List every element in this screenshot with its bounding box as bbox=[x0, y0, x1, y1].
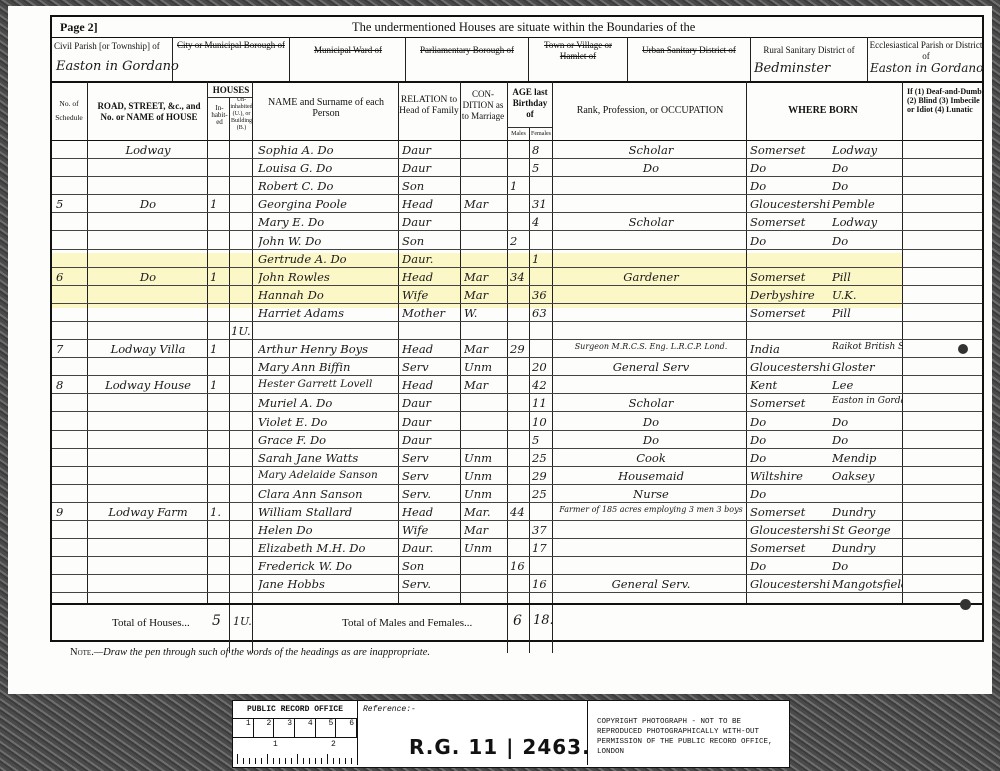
marital-condition: Mar bbox=[464, 197, 506, 211]
town-village-label: Town or Village or Hamlet of bbox=[530, 40, 626, 62]
person-name: Arthur Henry Boys bbox=[258, 342, 398, 356]
relation: Serv bbox=[402, 451, 460, 465]
road-name: Lodway Villa bbox=[90, 342, 206, 356]
birth-county: Kent bbox=[750, 378, 830, 392]
ruler-tick bbox=[303, 758, 304, 764]
table-row: Sarah Jane WattsServUnm25CookDoMendip bbox=[52, 449, 982, 467]
age-male: 16 bbox=[510, 559, 528, 573]
municipal-ward-label: Municipal Ward of bbox=[292, 45, 404, 56]
urban-sanitary-label: Urban Sanitary District of bbox=[629, 45, 749, 56]
occupation: Farmer of 185 acres employing 3 men 3 bo… bbox=[556, 505, 746, 514]
person-name: John W. Do bbox=[258, 234, 398, 248]
table-row: Mary Ann BiffinServUnm20General ServGlou… bbox=[52, 358, 982, 376]
age-female: 4 bbox=[532, 215, 552, 229]
note-text: —Draw the pen through such of the words … bbox=[94, 647, 430, 658]
relation: Son bbox=[402, 234, 460, 248]
relation: Wife bbox=[402, 288, 460, 302]
birth-place: Gloster bbox=[832, 360, 902, 374]
relation: Daur. bbox=[402, 541, 460, 555]
age-female: 1 bbox=[532, 252, 552, 266]
birth-county: Do bbox=[750, 415, 830, 429]
relation: Head bbox=[402, 505, 460, 519]
road-name: Lodway Farm bbox=[90, 505, 206, 519]
age-male: 34 bbox=[510, 270, 528, 284]
ruler-label: 2 bbox=[331, 740, 336, 749]
person-name: Hester Garrett Lovell bbox=[258, 378, 398, 390]
ruler-tick bbox=[243, 758, 244, 764]
person-name: Elizabeth M.H. Do bbox=[258, 541, 398, 555]
ruler-tick bbox=[297, 754, 298, 764]
age-female: 16 bbox=[532, 577, 552, 591]
table-row: Robert C. DoSon1DoDo bbox=[52, 177, 982, 195]
relation: Daur bbox=[402, 161, 460, 175]
ruler-tick bbox=[309, 758, 310, 764]
person-name: Muriel A. Do bbox=[258, 396, 398, 410]
table-row: 1U. bbox=[52, 322, 982, 340]
ruler-tick bbox=[291, 758, 292, 764]
table-row: Clara Ann SansonServ.Unm25NurseDo bbox=[52, 485, 982, 503]
age-male: 29 bbox=[510, 342, 528, 356]
age-female: 42 bbox=[532, 378, 552, 392]
birth-place: Do bbox=[832, 234, 902, 248]
col-houses: HOUSES bbox=[210, 85, 252, 96]
table-row: Mary Adelaide SansonServUnm29HousemaidWi… bbox=[52, 467, 982, 485]
occupation: Scholar bbox=[556, 215, 746, 229]
ruler-top: 123456 bbox=[233, 719, 357, 737]
table-row: Harriet AdamsMotherW.63SomersetPill bbox=[52, 304, 982, 322]
birth-county: Wiltshire bbox=[750, 469, 830, 483]
relation: Head bbox=[402, 270, 460, 284]
marital-condition: Unm bbox=[464, 541, 506, 555]
table-row: Mary E. DoDaur4ScholarSomersetLodway bbox=[52, 213, 982, 231]
person-name: Robert C. Do bbox=[258, 179, 398, 193]
birth-county: Somerset bbox=[750, 215, 830, 229]
occupation: Housemaid bbox=[556, 469, 746, 483]
birth-place: Lee bbox=[832, 378, 902, 392]
person-name: Frederick W. Do bbox=[258, 559, 398, 573]
ruler-tick bbox=[237, 754, 238, 764]
occupation: Do bbox=[556, 415, 746, 429]
table-row: Helen DoWifeMar37GloucestershireSt Georg… bbox=[52, 521, 982, 539]
col-condition: CON-DITION as to Marriage bbox=[460, 89, 506, 122]
table-row: 5Do1Georgina PooleHeadMar31Gloucestershi… bbox=[52, 195, 982, 213]
age-female: 36 bbox=[532, 288, 552, 302]
table-row: Gertrude A. DoDaur.1 bbox=[52, 250, 982, 268]
person-name: William Stallard bbox=[258, 505, 398, 519]
schedule-number: 6 bbox=[56, 270, 86, 284]
birth-place: Mangotsfield bbox=[832, 577, 902, 591]
note-prefix: Note. bbox=[70, 647, 94, 658]
relation: Daur bbox=[402, 415, 460, 429]
ruler-tick bbox=[321, 758, 322, 764]
occupation: Scholar bbox=[556, 396, 746, 410]
ruler-panel: PUBLIC RECORD OFFICE 123456 12 bbox=[233, 701, 358, 765]
person-name: Harriet Adams bbox=[258, 306, 398, 320]
occupation: Surgeon M.R.C.S. Eng. L.R.C.P. Lond. bbox=[556, 342, 746, 351]
birth-county: Somerset bbox=[750, 396, 830, 410]
relation: Wife bbox=[402, 523, 460, 537]
ruler-tick bbox=[279, 758, 280, 764]
table-row: Violet E. DoDaur10DoDoDo bbox=[52, 413, 982, 431]
person-name: John Rowles bbox=[258, 270, 398, 284]
ruler-mark: 3 bbox=[274, 719, 295, 737]
ruler-bottom: 12 bbox=[233, 738, 357, 764]
relation: Daur bbox=[402, 215, 460, 229]
person-name: Mary Ann Biffin bbox=[258, 360, 398, 374]
person-name: Hannah Do bbox=[258, 288, 398, 302]
ruler-tick bbox=[339, 758, 340, 764]
ruler-mark: 5 bbox=[316, 719, 337, 737]
ink-blot bbox=[960, 599, 971, 610]
birth-county: India bbox=[750, 342, 830, 356]
marital-condition: W. bbox=[464, 306, 506, 320]
age-female: 17 bbox=[532, 541, 552, 555]
birth-place: Lodway bbox=[832, 215, 902, 229]
relation: Head bbox=[402, 342, 460, 356]
inhabited-count: 1 bbox=[210, 270, 228, 284]
birth-place: Dundry bbox=[832, 505, 902, 519]
ruler-tick bbox=[255, 758, 256, 764]
census-form: Page 2] The undermentioned Houses are si… bbox=[50, 15, 984, 642]
civil-parish-value: Easton in Gordano bbox=[56, 59, 179, 74]
birth-county: Do bbox=[750, 487, 830, 501]
table-row: 7Lodway Villa1Arthur Henry BoysHeadMar29… bbox=[52, 340, 982, 358]
reference-value: R.G. 11 | 2463. bbox=[409, 735, 591, 759]
person-name: Jane Hobbs bbox=[258, 577, 398, 591]
relation: Serv. bbox=[402, 577, 460, 591]
birth-county: Gloucestershire bbox=[750, 360, 830, 374]
age-female: 11 bbox=[532, 396, 552, 410]
page-title: The undermentioned Houses are situate wi… bbox=[352, 20, 695, 35]
page-label: Page 2] bbox=[60, 20, 98, 35]
relation: Serv bbox=[402, 469, 460, 483]
relation: Head bbox=[402, 378, 460, 392]
relation: Head bbox=[402, 197, 460, 211]
birth-county: Somerset bbox=[750, 505, 830, 519]
age-female: 25 bbox=[532, 487, 552, 501]
age-female: 20 bbox=[532, 360, 552, 374]
birth-county: Derbyshire bbox=[750, 288, 830, 302]
inhabited-count: 1. bbox=[210, 505, 228, 519]
age-female: 37 bbox=[532, 523, 552, 537]
road-name: Do bbox=[90, 197, 206, 211]
road-name: Lodway House bbox=[90, 378, 206, 392]
birth-county: Do bbox=[750, 179, 830, 193]
ruler-tick bbox=[267, 754, 268, 764]
birth-place: Pill bbox=[832, 306, 902, 320]
birth-place: Raikot British Subject bbox=[832, 342, 902, 352]
relation: Daur bbox=[402, 143, 460, 157]
birth-county: Do bbox=[750, 161, 830, 175]
person-name: Sophia A. Do bbox=[258, 143, 398, 157]
ecclesiastical-parish-value: Easton in Gordano bbox=[870, 61, 983, 75]
total-females: 18. bbox=[533, 613, 554, 628]
marital-condition: Mar bbox=[464, 342, 506, 356]
table-row: Frederick W. DoSon16DoDo bbox=[52, 557, 982, 575]
birth-place: Dundry bbox=[832, 541, 902, 555]
person-name: Mary E. Do bbox=[258, 215, 398, 229]
birth-place: Do bbox=[832, 161, 902, 175]
marital-condition: Mar. bbox=[464, 505, 506, 519]
schedule-number: 9 bbox=[56, 505, 86, 519]
birth-county: Gloucestershire bbox=[750, 197, 830, 211]
office-name: PUBLIC RECORD OFFICE bbox=[233, 705, 357, 714]
table-row: LodwaySophia A. DoDaur8ScholarSomersetLo… bbox=[52, 141, 982, 159]
col-occupation: Rank, Profession, or OCCUPATION bbox=[554, 105, 746, 116]
birth-place: Do bbox=[832, 415, 902, 429]
marital-condition: Mar bbox=[464, 288, 506, 302]
road-name: Lodway bbox=[90, 143, 206, 157]
relation: Serv. bbox=[402, 487, 460, 501]
relation: Daur bbox=[402, 396, 460, 410]
ruler-tick bbox=[351, 758, 352, 764]
birth-place: U.K. bbox=[832, 288, 902, 302]
birth-place: Pemble bbox=[832, 197, 902, 211]
birth-county: Gloucestershire bbox=[750, 523, 830, 537]
ruler-tick bbox=[315, 758, 316, 764]
relation: Serv bbox=[402, 360, 460, 374]
col-females: Females bbox=[530, 131, 552, 138]
ruler-tick bbox=[345, 758, 346, 764]
birth-place: St George bbox=[832, 523, 902, 537]
rural-sanitary-value: Bedminster bbox=[754, 61, 830, 76]
person-name: Sarah Jane Watts bbox=[258, 451, 398, 465]
age-female: 5 bbox=[532, 161, 552, 175]
table-row: Grace F. DoDaur5DoDoDo bbox=[52, 431, 982, 449]
occupation: General Serv. bbox=[556, 577, 746, 591]
city-borough-label: City or Municipal Borough of bbox=[174, 40, 288, 51]
birth-place: Mendip bbox=[832, 451, 902, 465]
col-uninhabited: Un-inhabited (U.), or Building (B.) bbox=[230, 97, 253, 132]
birth-place: Do bbox=[832, 559, 902, 573]
total-houses-label: Total of Houses... bbox=[112, 617, 190, 629]
birth-county: Somerset bbox=[750, 541, 830, 555]
table-row: 8Lodway House1Hester Garrett LovellHeadM… bbox=[52, 376, 982, 394]
birth-county: Somerset bbox=[750, 306, 830, 320]
occupation: Cook bbox=[556, 451, 746, 465]
age-female: 31 bbox=[532, 197, 552, 211]
birth-place: Pill bbox=[832, 270, 902, 284]
col-schedule: No. of Schedule bbox=[54, 97, 84, 125]
age-male: 1 bbox=[510, 179, 528, 193]
inhabited-count: 1 bbox=[210, 342, 228, 356]
table-row: Hannah DoWifeMar36DerbyshireU.K. bbox=[52, 286, 982, 304]
person-name: Grace F. Do bbox=[258, 433, 398, 447]
ruler-mark: 2 bbox=[254, 719, 275, 737]
occupation: Do bbox=[556, 161, 746, 175]
occupation: Gardener bbox=[556, 270, 746, 284]
person-name: Helen Do bbox=[258, 523, 398, 537]
person-name: Louisa G. Do bbox=[258, 161, 398, 175]
table-row: Louisa G. DoDaur5DoDoDo bbox=[52, 159, 982, 177]
col-relation: RELATION to Head of Family bbox=[398, 95, 460, 117]
birth-place: Oaksey bbox=[832, 469, 902, 483]
age-female: 29 bbox=[532, 469, 552, 483]
marital-condition: Mar bbox=[464, 523, 506, 537]
occupation: General Serv bbox=[556, 360, 746, 374]
relation: Daur bbox=[402, 433, 460, 447]
age-female: 25 bbox=[532, 451, 552, 465]
rural-sanitary-label: Rural Sanitary District of bbox=[752, 45, 866, 56]
marital-condition: Unm bbox=[464, 487, 506, 501]
occupation: Scholar bbox=[556, 143, 746, 157]
copyright-notice: COPYRIGHT PHOTOGRAPH - NOT TO BE REPRODU… bbox=[597, 717, 781, 757]
parliamentary-borough-label: Parliamentary Borough of bbox=[408, 45, 526, 56]
marital-condition: Unm bbox=[464, 469, 506, 483]
person-name: Clara Ann Sanson bbox=[258, 487, 398, 501]
ruler-mark: 1 bbox=[233, 719, 254, 737]
schedule-number: 7 bbox=[56, 342, 86, 356]
age-female: 63 bbox=[532, 306, 552, 320]
schedule-number: 8 bbox=[56, 378, 86, 392]
birth-county: Gloucestershire bbox=[750, 577, 830, 591]
ruler-mark: 6 bbox=[336, 719, 357, 737]
age-female: 10 bbox=[532, 415, 552, 429]
table-row: Muriel A. DoDaur11ScholarSomersetEaston … bbox=[52, 394, 982, 412]
relation: Daur. bbox=[402, 252, 460, 266]
relation: Son bbox=[402, 559, 460, 573]
note: Note.—Draw the pen through such of the w… bbox=[70, 647, 430, 658]
birth-place: Do bbox=[832, 179, 902, 193]
marital-condition: Mar bbox=[464, 270, 506, 284]
ruler-tick bbox=[357, 754, 358, 764]
age-female: 8 bbox=[532, 143, 552, 157]
col-name: NAME and Surname of each Person bbox=[256, 97, 396, 119]
ruler-mark: 4 bbox=[295, 719, 316, 737]
marital-condition: Unm bbox=[464, 360, 506, 374]
col-infirmity: If (1) Deaf-and-Dumb (2) Blind (3) Imbec… bbox=[907, 87, 985, 114]
uninhabited-mark: 1U. bbox=[231, 324, 251, 338]
table-row: Jane HobbsServ.16General Serv.Gloucester… bbox=[52, 575, 982, 593]
col-males: Males bbox=[508, 131, 529, 138]
ruler-tick bbox=[261, 758, 262, 764]
birth-place: Easton in Gordano bbox=[832, 396, 902, 406]
birth-place: Do bbox=[832, 433, 902, 447]
total-males: 6 bbox=[513, 613, 522, 629]
schedule-number: 5 bbox=[56, 197, 86, 211]
marital-condition: Unm bbox=[464, 451, 506, 465]
age-male: 2 bbox=[510, 234, 528, 248]
ruler-tick bbox=[273, 758, 274, 764]
census-page: Page 2] The undermentioned Houses are si… bbox=[8, 6, 992, 694]
relation: Son bbox=[402, 179, 460, 193]
birth-county: Do bbox=[750, 559, 830, 573]
occupation: Nurse bbox=[556, 487, 746, 501]
col-road: ROAD, STREET, &c., and No. or NAME of HO… bbox=[90, 101, 208, 123]
birth-county: Do bbox=[750, 451, 830, 465]
table-row: 6Do1John RowlesHeadMar34GardenerSomerset… bbox=[52, 268, 982, 286]
person-name: Mary Adelaide Sanson bbox=[258, 469, 398, 481]
total-uninhabited: 1U. bbox=[233, 615, 252, 628]
civil-parish-label: Civil Parish [or Township] of bbox=[54, 41, 172, 52]
table-row: Elizabeth M.H. DoDaur.Unm17SomersetDundr… bbox=[52, 539, 982, 557]
marital-condition: Mar bbox=[464, 378, 506, 392]
col-where-born: WHERE BORN bbox=[746, 105, 900, 116]
inhabited-count: 1 bbox=[210, 197, 228, 211]
col-inhabited: In-habit-ed bbox=[210, 105, 229, 126]
total-persons-label: Total of Males and Females... bbox=[342, 617, 472, 629]
birth-county: Somerset bbox=[750, 143, 830, 157]
total-inhabited: 5 bbox=[212, 613, 221, 629]
birth-place: Lodway bbox=[832, 143, 902, 157]
ecclesiastical-parish-label: Ecclesiastical Parish or District of bbox=[869, 40, 983, 62]
road-name: Do bbox=[90, 270, 206, 284]
col-age: AGE last Birthday of bbox=[508, 87, 552, 120]
relation: Mother bbox=[402, 306, 460, 320]
ruler-tick bbox=[285, 758, 286, 764]
person-name: Gertrude A. Do bbox=[258, 252, 398, 266]
ink-blot bbox=[958, 344, 968, 354]
occupation: Do bbox=[556, 433, 746, 447]
age-male: 44 bbox=[510, 505, 528, 519]
record-office-label: PUBLIC RECORD OFFICE 123456 12 Reference… bbox=[232, 700, 790, 768]
ruler-tick bbox=[249, 758, 250, 764]
inhabited-count: 1 bbox=[210, 378, 228, 392]
ruler-label: 1 bbox=[273, 740, 278, 749]
ruler-tick bbox=[333, 758, 334, 764]
table-row: 9Lodway Farm1.William StallardHeadMar.44… bbox=[52, 503, 982, 521]
reference-label: Reference:- bbox=[363, 705, 416, 714]
person-name: Georgina Poole bbox=[258, 197, 398, 211]
birth-county: Do bbox=[750, 234, 830, 248]
age-female: 5 bbox=[532, 433, 552, 447]
birth-county: Somerset bbox=[750, 270, 830, 284]
ruler-tick bbox=[327, 754, 328, 764]
table-row: John W. DoSon2DoDo bbox=[52, 232, 982, 250]
birth-county: Do bbox=[750, 433, 830, 447]
person-name: Violet E. Do bbox=[258, 415, 398, 429]
